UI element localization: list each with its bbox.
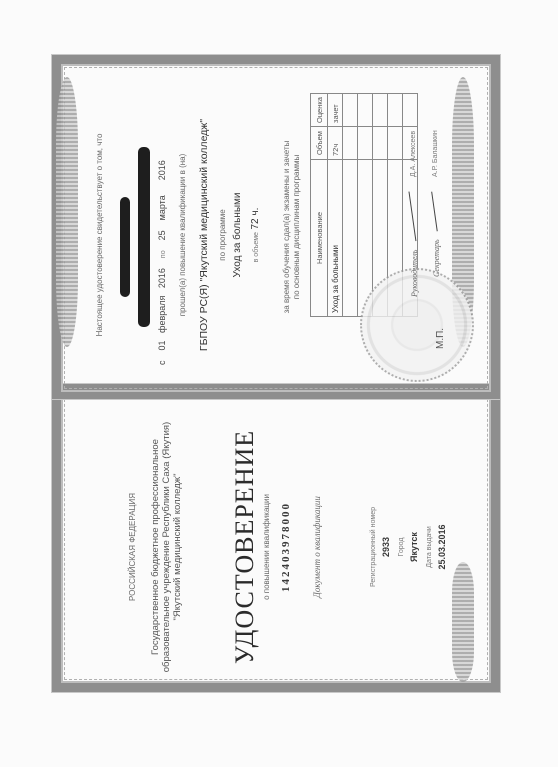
certificate-title: УДОСТОВЕРЕНИЕ xyxy=(230,430,260,664)
certificate-subtitle: о повышении квалификации xyxy=(262,494,271,600)
redacted-name-2 xyxy=(138,147,150,327)
cell-volume: 72ч xyxy=(328,127,343,160)
seal-label: М.П. xyxy=(435,328,446,349)
header-name: Наименование xyxy=(311,160,328,317)
city-label: Город xyxy=(398,538,405,557)
cell-grade xyxy=(343,94,358,127)
ornament-bottom-left xyxy=(452,562,474,682)
grades-header-row: Наименование Объем Оценка xyxy=(311,94,328,317)
cell-subject: Уход за больными xyxy=(328,160,343,317)
institution-line-2: образовательное учреждение Республики Са… xyxy=(161,422,172,672)
reg-number: 2933 xyxy=(381,537,391,557)
institution-block: Государственное бюджетное профессиональн… xyxy=(150,422,183,672)
institution-line-3: "Якутский медицинский колледж" xyxy=(172,422,183,672)
certificate-scan: РОССИЙСКАЯ ФЕДЕРАЦИЯ Государственное бюд… xyxy=(0,0,558,767)
period-from-prefix: с xyxy=(157,361,167,366)
volume-prefix: в объеме xyxy=(253,232,260,262)
volume-value: 72 ч. xyxy=(250,208,261,230)
header-volume: Объем xyxy=(311,127,328,160)
cell-grade xyxy=(388,94,403,127)
table-row xyxy=(343,94,358,317)
exams-text-line-2: по основным дисциплинам программы xyxy=(292,141,302,314)
issue-date-label: Дата выдачи xyxy=(426,526,433,568)
city: Якутск xyxy=(409,532,419,562)
institution-short: ГБПОУ РС(Я) "Якутский медицинский коллед… xyxy=(198,119,210,351)
cell-grade: зачет xyxy=(328,94,343,127)
period-to-year: 2016 xyxy=(157,160,167,180)
cell-volume xyxy=(343,127,358,160)
table-row xyxy=(358,94,373,317)
table-row: Уход за больными 72ч зачет xyxy=(328,94,343,317)
exams-text: за время обучения сдал(а) экзамены и зач… xyxy=(282,141,302,314)
secretary-name: А.Р. Балашкин xyxy=(432,130,439,177)
period-to-prefix: по xyxy=(160,250,167,258)
period-from-day: 01 xyxy=(157,340,167,350)
institution-line-1: Государственное бюджетное профессиональн… xyxy=(150,422,161,672)
period-to-month: марта xyxy=(157,195,167,220)
program-name: Уход за больными xyxy=(232,193,243,278)
volume-line: в объеме 72 ч. xyxy=(250,208,261,263)
period-to-day: 25 xyxy=(157,230,167,240)
ornament-top-right xyxy=(56,77,78,347)
cell-volume xyxy=(373,127,388,160)
reg-number-label: Регистрационный номер xyxy=(370,507,377,587)
director-label: Руководитель xyxy=(410,250,419,297)
cell-volume xyxy=(388,127,403,160)
cell-volume xyxy=(358,127,373,160)
exams-text-line-1: за время обучения сдал(а) экзамены и зач… xyxy=(282,141,292,314)
director-name: Д.А. Алексеев xyxy=(410,131,417,177)
issue-date: 25.03.2016 xyxy=(437,524,447,569)
secretary-label: Секретарь xyxy=(432,239,441,277)
period-from-month: февраля xyxy=(157,296,167,333)
document-type: Документ о квалификации xyxy=(312,496,322,598)
serial-number: 142403978000 xyxy=(280,502,292,592)
cell-grade xyxy=(373,94,388,127)
cell-grade xyxy=(403,94,418,127)
header-grade: Оценка xyxy=(311,94,328,127)
study-period: с 01 февраля 2016 по 25 марта 2016 xyxy=(157,160,167,365)
redacted-name-1 xyxy=(120,197,130,297)
intro-text: Настоящее удостоверение свидетельствует … xyxy=(95,134,104,337)
country-label: РОССИЙСКАЯ ФЕДЕРАЦИЯ xyxy=(128,493,137,601)
program-label: по программе xyxy=(218,209,227,261)
period-from-year: 2016 xyxy=(157,268,167,288)
completed-text: прошел(а) повышение квалификации в (на) xyxy=(178,154,187,317)
cell-grade xyxy=(358,94,373,127)
cell-subject xyxy=(343,160,358,317)
